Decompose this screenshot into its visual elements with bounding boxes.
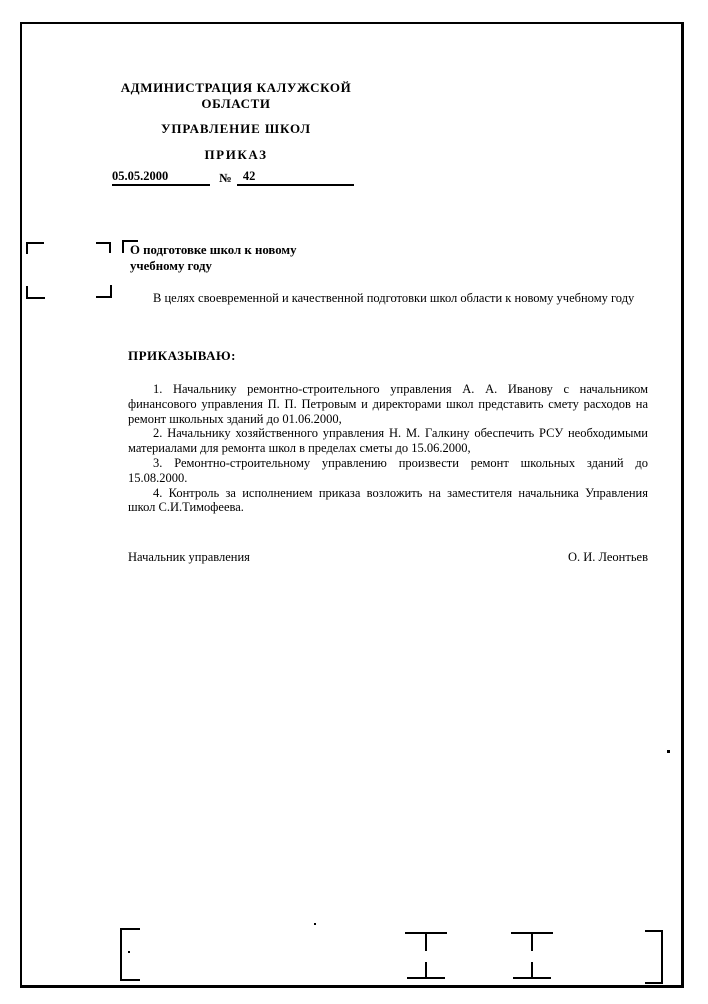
org-name-line-2: ОБЛАСТИ <box>110 96 362 112</box>
signature-row: Начальник управления О. И. Леонтьев <box>128 550 648 565</box>
scan-speck <box>128 951 130 953</box>
order-item-2: 2. Начальнику хозяйственного управления … <box>128 426 648 456</box>
intro-paragraph: В целях своевременной и качественной под… <box>128 291 648 306</box>
bracket-left-mark-icon <box>120 928 140 981</box>
date-value: 05.05.2000 <box>112 169 210 186</box>
register-mark-1-icon <box>405 932 447 979</box>
crop-corner-top-right-icon <box>96 242 111 253</box>
register-mark-top-stem <box>425 932 427 951</box>
crop-corner-top-left-icon <box>26 242 44 254</box>
doc-type-title: ПРИКАЗ <box>110 147 362 163</box>
number-value: 42 <box>237 169 354 186</box>
signature-title: Начальник управления <box>128 550 250 565</box>
signature-name: О. И. Леонтьев <box>568 550 648 565</box>
number-sign: № <box>219 171 232 186</box>
subject-line-1: О подготовке школ к новому <box>130 243 297 259</box>
order-items: 1. Начальнику ремонтно-строительного упр… <box>128 382 648 515</box>
order-item-3: 3. Ремонтно-строительному управлению про… <box>128 456 648 486</box>
subject-line-2: учебному году <box>130 259 297 275</box>
department-name: УПРАВЛЕНИЕ ШКОЛ <box>110 121 362 137</box>
register-mark-2-icon <box>511 932 553 979</box>
order-item-1: 1. Начальнику ремонтно-строительного упр… <box>128 382 648 426</box>
crop-corner-bottom-left-icon <box>26 286 45 299</box>
resolve-word: ПРИКАЗЫВАЮ: <box>128 348 236 364</box>
scan-speck <box>667 750 670 753</box>
register-mark-top-stem <box>531 932 533 951</box>
register-mark-bottom-bar <box>407 977 445 979</box>
org-name-line-1: АДМИНИСТРАЦИЯ КАЛУЖСКОЙ <box>110 80 362 96</box>
scan-speck <box>314 923 316 925</box>
bracket-right-mark-icon <box>645 930 663 984</box>
order-item-4: 4. Контроль за исполнением приказа возло… <box>128 486 648 516</box>
crop-corner-bottom-right-icon <box>96 285 112 298</box>
scanned-order-page: АДМИНИСТРАЦИЯ КАЛУЖСКОЙ ОБЛАСТИ УПРАВЛЕН… <box>0 0 708 1004</box>
date-number-line: 05.05.2000 № 42 <box>112 169 354 186</box>
subject-block: О подготовке школ к новому учебному году <box>130 243 297 274</box>
org-name: АДМИНИСТРАЦИЯ КАЛУЖСКОЙ ОБЛАСТИ <box>110 80 362 111</box>
register-mark-bottom-bar <box>513 977 551 979</box>
